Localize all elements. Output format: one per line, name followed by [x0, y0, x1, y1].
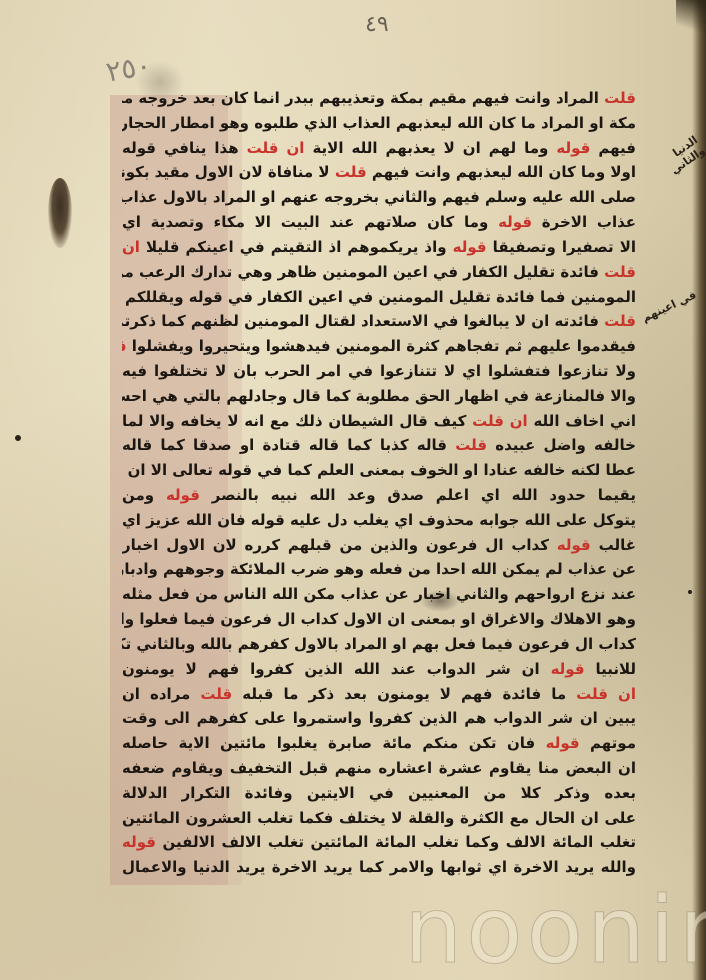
line-text: على ان الحال مع الكثرة والقلة لا يختلف ف…: [122, 809, 636, 827]
watermark-logo: noonir: [404, 885, 706, 977]
manuscript-line: عند نزع ارواحهم والثاني اخبار عن عذاب مك…: [122, 582, 636, 607]
line-text: مكة او المراد ما كان الله ليعذبهم العذاب…: [122, 114, 636, 132]
manuscript-line: المومنين فما فائدة تقليل المومنين في اعي…: [122, 285, 636, 310]
rubric-word: ان قلت: [472, 412, 528, 430]
manuscript-line: فيهم قوله وما لهم ان لا يعذبهم الله الاي…: [122, 136, 636, 161]
line-text: ولا تنازعوا فتفشلوا اي لا تتنازعوا في ام…: [122, 362, 636, 380]
line-text: غالب: [591, 536, 636, 554]
rubric-word: قوله: [556, 139, 590, 157]
ink-dot: [15, 435, 21, 441]
margin-note: في اعينهم: [640, 288, 698, 324]
line-text: فيقدموا عليهم ثم تفجاهم كثرة المومنين في…: [127, 337, 636, 355]
manuscript-line: اولا وما كان الله ليعذبهم وانت فيهم قلت …: [122, 160, 636, 185]
line-text: فائدة تقليل الكفار في اعين المومنين ظاهر…: [122, 263, 604, 281]
manuscript-line: والا فالمنازعة في اظهار الحق مطلوبة كما …: [122, 384, 636, 409]
line-text: يتوكل على الله جوابه محذوف اي يغلب دل عل…: [122, 511, 636, 529]
line-text: ان شر الدواب عند الله الذين كفروا فهم لا…: [122, 660, 551, 678]
line-text: ما فائدة فهم لا يومنون بعد ذكر ما قبله: [232, 685, 576, 703]
line-text: كداب ال فرعون والذين من قبلهم كرره لان ا…: [122, 536, 557, 554]
manuscript-line: كداب ال فرعون فيما فعل بهم او المراد بال…: [122, 632, 636, 657]
manuscript-line: يتوكل على الله جوابه محذوف اي يغلب دل عل…: [122, 508, 636, 533]
line-text: فائدته ان لا يبالغوا في الاستعداد لقتال …: [122, 312, 604, 330]
manuscript-line: صلى الله عليه وسلم فيهم والثاني بخروجه ع…: [122, 185, 636, 210]
manuscript-line: اني اخاف الله ان قلت كيف قال الشيطان ذلك…: [122, 409, 636, 434]
manuscript-line: ان البعض منا يقاوم عشرة اعشاره منهم قبل …: [122, 756, 636, 781]
folio-number: ٤٩: [365, 12, 389, 37]
rubric-word: قلت: [335, 163, 367, 181]
line-text: يبين ان شر الدواب هم الذين كفروا واستمرو…: [122, 709, 636, 727]
line-text: للانبيا: [585, 660, 636, 678]
line-text: بعده وذكر كلا من المعنيين في الايتين وفا…: [122, 784, 636, 802]
line-text: تغلب المائة الالف وكما تغلب المائة المائ…: [156, 833, 636, 851]
line-text: عذاب الاخرة: [532, 213, 636, 231]
rubric-word: ان قلت: [247, 139, 305, 157]
rubric-word: قوله: [122, 833, 156, 851]
line-text: المراد وانت فيهم مقيم بمكة وتعذيبهم ببدر…: [122, 89, 604, 107]
line-text: الا تصفيرا وتصفيقا: [487, 238, 636, 256]
line-text: خالفه واضل عبيده: [487, 436, 636, 454]
line-text: اني اخاف الله: [528, 412, 636, 430]
line-text: يقيما حدود الله اي اعلم صدق وعد الله نبي…: [200, 486, 636, 504]
line-text: هذا ينافي قوله: [122, 139, 247, 157]
manuscript-page: ٤٩ ٢٥٠ الدنيا والثاني في اعينهم قلت المر…: [0, 0, 706, 980]
manuscript-line: بعده وذكر كلا من المعنيين في الايتين وفا…: [122, 781, 636, 806]
rubric-word: قوله: [546, 734, 580, 752]
line-text: والا فالمنازعة في اظهار الحق مطلوبة كما …: [122, 387, 636, 405]
manuscript-line: خالفه واضل عبيده قلت قاله كذبا كما قاله …: [122, 433, 636, 458]
rubric-word: قوله: [498, 213, 532, 231]
manuscript-line: فيقدموا عليهم ثم تفجاهم كثرة المومنين في…: [122, 334, 636, 359]
line-text: والله يريد الاخرة اي ثوابها والامر كما ي…: [122, 858, 636, 876]
manuscript-line: قلت فائدة تقليل الكفار في اعين المومنين …: [122, 260, 636, 285]
manuscript-line: غالب قوله كداب ال فرعون والذين من قبلهم …: [122, 533, 636, 558]
line-text: وما كان صلاتهم عند البيت الا مكاء وتصدية…: [122, 213, 498, 231]
manuscript-line: قلت فائدته ان لا يبالغوا في الاستعداد لق…: [122, 309, 636, 334]
line-text: كيف قال الشيطان ذلك مع انه لا يخافه والا…: [122, 412, 472, 430]
line-text: وما لهم ان لا يعذبهم الله الاية: [304, 139, 556, 157]
rubric-word: قلت: [604, 89, 636, 107]
line-text: موتهم: [580, 734, 636, 752]
line-text: ومن: [122, 486, 166, 504]
rubric-word: قوله: [557, 536, 591, 554]
manuscript-line: قلت المراد وانت فيهم مقيم بمكة وتعذيبهم …: [122, 86, 636, 111]
rubric-word: ان قلت: [576, 685, 636, 703]
line-text: ان البعض منا يقاوم عشرة اعشاره منهم قبل …: [122, 759, 636, 777]
manuscript-text-block: قلت المراد وانت فيهم مقيم بمكة وتعذيبهم …: [122, 86, 636, 880]
rubric-word: قلت: [604, 312, 636, 330]
line-text: عند نزع ارواحهم والثاني اخبار عن عذاب مك…: [122, 585, 636, 603]
manuscript-line: ولا تنازعوا فتفشلوا اي لا تتنازعوا في ام…: [122, 359, 636, 384]
manuscript-line: يقيما حدود الله اي اعلم صدق وعد الله نبي…: [122, 483, 636, 508]
manuscript-line: وهو الاهلاك والاغراق او بمعنى ان الاول ك…: [122, 607, 636, 632]
rubric-word: قلت: [200, 685, 232, 703]
manuscript-line: للانبيا قوله ان شر الدواب عند الله الذين…: [122, 657, 636, 682]
line-text: لا منافاة لان الاول مقيد بكونه: [122, 163, 335, 181]
ink-stain: [48, 178, 72, 248]
line-text: فان تكن منكم مائة صابرة يغلبوا مائتين ال…: [122, 734, 546, 752]
rubric-word: قوله: [453, 238, 487, 256]
manuscript-line: موتهم قوله فان تكن منكم مائة صابرة يغلبو…: [122, 731, 636, 756]
manuscript-line: عذاب الاخرة قوله وما كان صلاتهم عند البي…: [122, 210, 636, 235]
line-text: مراده ان: [122, 685, 200, 703]
manuscript-line: يبين ان شر الدواب هم الذين كفروا واستمرو…: [122, 706, 636, 731]
rubric-word: قوله: [166, 486, 200, 504]
manuscript-line: تغلب المائة الالف وكما تغلب المائة المائ…: [122, 830, 636, 855]
manuscript-line: ان قلت ما فائدة فهم لا يومنون بعد ذكر ما…: [122, 682, 636, 707]
line-text: صلى الله عليه وسلم فيهم والثاني بخروجه ع…: [122, 188, 636, 206]
manuscript-line: الا تصفيرا وتصفيقا قوله واذ يريكموهم اذ …: [122, 235, 636, 260]
rubric-word: قلت: [604, 263, 636, 281]
manuscript-line: عطا لكنه خالفه عنادا او الخوف بمعنى العل…: [122, 458, 636, 483]
line-text: وهو الاهلاك والاغراق او بمعنى ان الاول ك…: [122, 610, 636, 628]
line-text: اولا وما كان الله ليعذبهم وانت فيهم: [367, 163, 636, 181]
line-text: كداب ال فرعون فيما فعل بهم او المراد بال…: [122, 635, 636, 653]
binding-shadow: [676, 0, 706, 40]
line-text: فيهم: [590, 139, 636, 157]
rubric-word: قوله: [551, 660, 585, 678]
manuscript-line: عن عذاب لم يمكن الله احدا من فعله وهو ضر…: [122, 557, 636, 582]
line-text: عن عذاب لم يمكن الله احدا من فعله وهو ضر…: [122, 560, 636, 578]
manuscript-line: مكة او المراد ما كان الله ليعذبهم العذاب…: [122, 111, 636, 136]
line-text: المومنين فما فائدة تقليل المومنين في اعي…: [122, 288, 636, 306]
rubric-word: قلت: [455, 436, 487, 454]
rubric-word: ان: [122, 238, 140, 256]
line-text: واذ يريكموهم اذ التقيتم في اعينكم قليلا: [140, 238, 453, 256]
line-text: عطا لكنه خالفه عنادا او الخوف بمعنى العل…: [122, 461, 636, 479]
line-text: قاله كذبا كما قاله قتادة او صدقا كما قال…: [122, 436, 455, 454]
manuscript-line: على ان الحال مع الكثرة والقلة لا يختلف ف…: [122, 806, 636, 831]
